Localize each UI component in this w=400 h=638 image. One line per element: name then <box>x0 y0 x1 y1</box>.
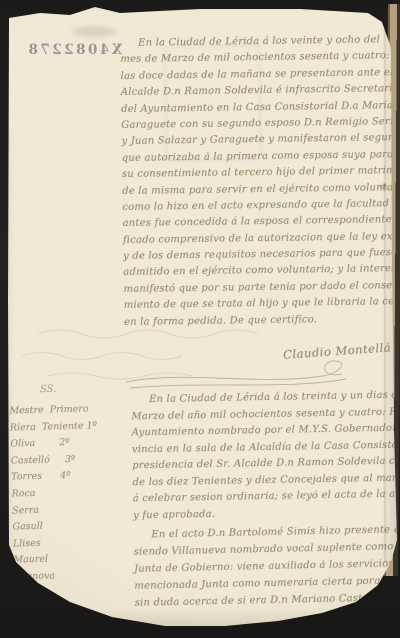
bleedthrough-writing-marks <box>8 316 348 394</box>
scanned-manuscript-document: X4082278 En la Ciudad de Lérida á los ve… <box>0 0 400 638</box>
entry-paragraph-consent: En la Ciudad de Lérida á los veinte y oc… <box>120 32 396 331</box>
ink-smudge <box>72 26 116 37</box>
attendee-name: Lafuente <box>14 600 126 620</box>
session-opening-paragraph: En la Ciudad de Lérida á los treinta y u… <box>131 388 395 525</box>
manuscript-page: X4082278 En la Ciudad de Lérida á los ve… <box>0 0 400 638</box>
attendees-margin-list: Mestre PrimeroRiera Teniente 1ºOliva 2ºC… <box>9 401 127 620</box>
margin-header: SS. <box>40 384 57 396</box>
page-fold-line <box>384 8 386 563</box>
foxing-spot <box>381 184 387 189</box>
mirrored-stamp-number: X4082278 <box>26 42 122 58</box>
motion-paragraph: En el acto D.n Bartolomé Simis hizo pres… <box>133 521 395 611</box>
